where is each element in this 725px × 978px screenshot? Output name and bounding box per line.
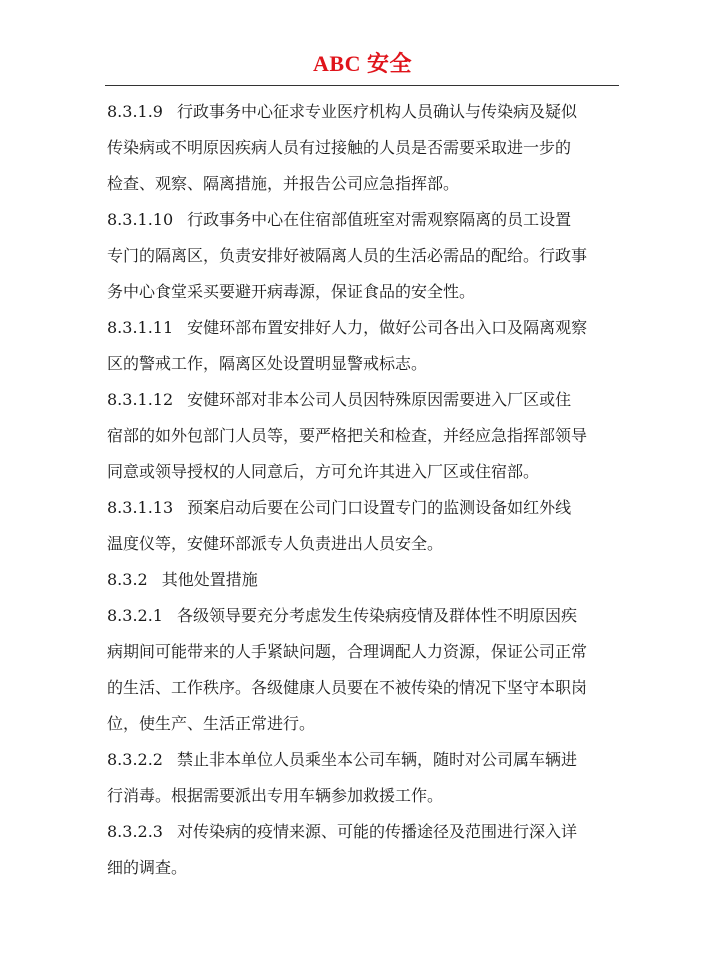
paragraph-text: 各级领导要充分考虑发生传染病疫情及群体性不明原因疾 <box>177 606 577 625</box>
paragraph-line: 传染病或不明原因疾病人员有过接触的人员是否需要采取进一步的 <box>107 130 617 166</box>
header-divider <box>105 85 619 86</box>
paragraph-line: 8.3.1.11安健环部布置安排好人力，做好公司各出入口及隔离观察 <box>107 310 617 346</box>
section-number: 8.3.2.2 <box>107 750 163 769</box>
paragraph-8-3-1-13: 8.3.1.13预案启动后要在公司门口设置专门的监测设备如红外线 温度仪等，安健… <box>107 490 617 562</box>
paragraph-line: 8.3.2.3对传染病的疫情来源、可能的传播途径及范围进行深入详 <box>107 814 617 850</box>
document-body: 8.3.1.9行政事务中心征求专业医疗机构人员确认与传染病及疑似 传染病或不明原… <box>107 94 617 886</box>
paragraph-line: 8.3.1.13预案启动后要在公司门口设置专门的监测设备如红外线 <box>107 490 617 526</box>
paragraph-8-3-2-3: 8.3.2.3对传染病的疫情来源、可能的传播途径及范围进行深入详 细的调查。 <box>107 814 617 886</box>
section-number: 8.3.1.11 <box>107 318 173 337</box>
paragraph-text: 安健环部对非本公司人员因特殊原因需要进入厂区或住 <box>187 390 571 409</box>
paragraph-text: 禁止非本单位人员乘坐本公司车辆，随时对公司属车辆进 <box>177 750 577 769</box>
paragraph-line: 位，使生产、生活正常进行。 <box>107 706 617 742</box>
section-number: 8.3.1.10 <box>107 210 173 229</box>
paragraph-line: 检查、观察、隔离措施，并报告公司应急指挥部。 <box>107 166 617 202</box>
section-number: 8.3.1.12 <box>107 390 173 409</box>
paragraph-text: 行政事务中心在住宿部值班室对需观察隔离的员工设置 <box>187 210 571 229</box>
paragraph-line: 8.3.1.12安健环部对非本公司人员因特殊原因需要进入厂区或住 <box>107 382 617 418</box>
section-heading-8-3-2: 8.3.2其他处置措施 <box>107 562 617 598</box>
paragraph-8-3-1-12: 8.3.1.12安健环部对非本公司人员因特殊原因需要进入厂区或住 宿部的如外包部… <box>107 382 617 490</box>
section-number: 8.3.1.9 <box>107 102 163 121</box>
paragraph-line: 温度仪等，安健环部派专人负责进出人员安全。 <box>107 526 617 562</box>
paragraph-text: 预案启动后要在公司门口设置专门的监测设备如红外线 <box>187 498 571 517</box>
paragraph-text: 行政事务中心征求专业医疗机构人员确认与传染病及疑似 <box>177 102 577 121</box>
paragraph-line: 细的调查。 <box>107 850 617 886</box>
paragraph-line: 同意或领导授权的人同意后，方可允许其进入厂区或住宿部。 <box>107 454 617 490</box>
paragraph-line: 专门的隔离区，负责安排好被隔离人员的生活必需品的配给。行政事 <box>107 238 617 274</box>
section-number: 8.3.2 <box>107 570 148 589</box>
paragraph-8-3-1-11: 8.3.1.11安健环部布置安排好人力，做好公司各出入口及隔离观察 区的警戒工作… <box>107 310 617 382</box>
paragraph-8-3-2-1: 8.3.2.1各级领导要充分考虑发生传染病疫情及群体性不明原因疾 病期间可能带来… <box>107 598 617 742</box>
paragraph-line: 病期间可能带来的人手紧缺问题，合理调配人力资源，保证公司正常 <box>107 634 617 670</box>
paragraph-line: 务中心食堂采买要避开病毒源，保证食品的安全性。 <box>107 274 617 310</box>
paragraph-8-3-2-2: 8.3.2.2禁止非本单位人员乘坐本公司车辆，随时对公司属车辆进 行消毒。根据需… <box>107 742 617 814</box>
section-heading-text: 其他处置措施 <box>162 570 258 589</box>
paragraph-line: 宿部的如外包部门人员等，要严格把关和检查，并经应急指挥部领导 <box>107 418 617 454</box>
paragraph-line: 的生活、工作秩序。各级健康人员要在不被传染的情况下坚守本职岗 <box>107 670 617 706</box>
paragraph-line: 行消毒。根据需要派出专用车辆参加救援工作。 <box>107 778 617 814</box>
page-header-title: ABC 安全 <box>0 50 725 78</box>
paragraph-text: 对传染病的疫情来源、可能的传播途径及范围进行深入详 <box>177 822 577 841</box>
section-number: 8.3.2.1 <box>107 606 163 625</box>
paragraph-line: 8.3.1.9行政事务中心征求专业医疗机构人员确认与传染病及疑似 <box>107 94 617 130</box>
paragraph-8-3-1-9: 8.3.1.9行政事务中心征求专业医疗机构人员确认与传染病及疑似 传染病或不明原… <box>107 94 617 202</box>
paragraph-line: 8.3.2.1各级领导要充分考虑发生传染病疫情及群体性不明原因疾 <box>107 598 617 634</box>
section-number: 8.3.1.13 <box>107 498 173 517</box>
paragraph-line: 8.3.2其他处置措施 <box>107 562 617 598</box>
paragraph-8-3-1-10: 8.3.1.10行政事务中心在住宿部值班室对需观察隔离的员工设置 专门的隔离区，… <box>107 202 617 310</box>
paragraph-line: 区的警戒工作，隔离区处设置明显警戒标志。 <box>107 346 617 382</box>
paragraph-text: 安健环部布置安排好人力，做好公司各出入口及隔离观察 <box>187 318 587 337</box>
paragraph-line: 8.3.1.10行政事务中心在住宿部值班室对需观察隔离的员工设置 <box>107 202 617 238</box>
paragraph-line: 8.3.2.2禁止非本单位人员乘坐本公司车辆，随时对公司属车辆进 <box>107 742 617 778</box>
section-number: 8.3.2.3 <box>107 822 163 841</box>
